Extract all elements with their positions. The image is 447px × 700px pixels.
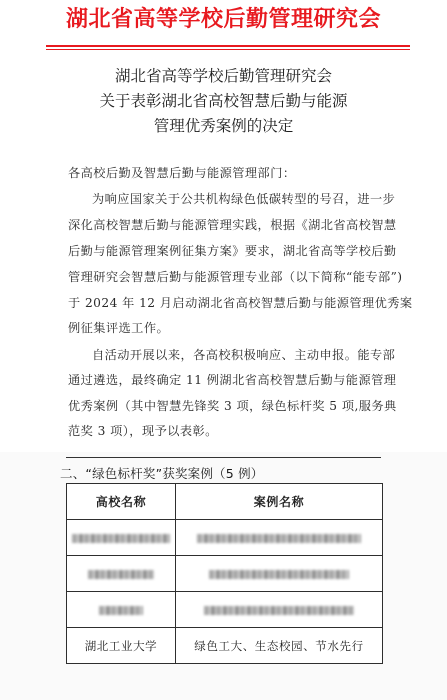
column-header-case: 案例名称: [176, 484, 383, 520]
redacted-text: [209, 570, 349, 579]
masthead-org-name: 湖北省高等学校后勤管理研究会: [0, 4, 447, 34]
redacted-text: [204, 606, 354, 615]
masthead-red-rule-thick: [46, 45, 410, 47]
paragraph1-line-3: 后勤与能源管理案例征集方案》要求，湖北省高等学校后勤: [68, 242, 397, 259]
salutation: 各高校后勤及智慧后勤与能源管理部门：: [68, 164, 295, 181]
table-header-row: 高校名称 案例名称: [67, 484, 383, 520]
school-cell: 湖北工业大学: [67, 628, 176, 664]
paragraph1-line-4: 管理研究会智慧后勤与能源管理专业部（以下简称“能专部”): [68, 268, 403, 285]
document-page-upper: 湖北省高等学校后勤管理研究会 湖北省高等学校后勤管理研究会 关于表彰湖北省高校智…: [0, 0, 447, 452]
document-title: 湖北省高等学校后勤管理研究会 关于表彰湖北省高校智慧后勤与能源 管理优秀案例的决…: [0, 64, 447, 139]
section-divider: [66, 457, 381, 458]
paragraph2-line-1: 自活动开展以来，各高校积极响应、主动申报。能专部: [92, 346, 395, 363]
redacted-text: [197, 534, 361, 543]
paragraph1-line-2: 深化高校智慧后勤与能源管理实践，根据《湖北省高校智慧: [68, 216, 397, 233]
table-row: [67, 556, 383, 592]
award-table: 高校名称 案例名称 湖北工业大学 绿色工大、生态校园、节水先行: [66, 483, 383, 664]
school-cell-redacted: [67, 520, 176, 556]
case-cell-redacted: [176, 592, 383, 628]
table-row: [67, 592, 383, 628]
paragraph2-line-2: 通过遴选，最终确定 11 例湖北省高校智慧后勤与能源管理: [68, 371, 396, 388]
column-header-school: 高校名称: [67, 484, 176, 520]
document-title-line-3: 管理优秀案例的决定: [0, 114, 447, 139]
paragraph1-line-5: 于 2024 年 12 月启动湖北省高校智慧后勤与能源管理优秀案: [68, 294, 413, 311]
paragraph1-line-6: 例征集评选工作。: [68, 319, 169, 336]
case-cell-redacted: [176, 556, 383, 592]
masthead-red-rule-thin: [46, 49, 410, 50]
case-cell: 绿色工大、生态校园、节水先行: [176, 628, 383, 664]
document-page-lower: 二、“绿色标杆奖”获奖案例（5 例） 高校名称 案例名称 湖北工业大学 绿色工大…: [0, 452, 447, 700]
paragraph2-line-4: 范奖 3 项），现予以表彰。: [68, 422, 218, 439]
table-row: [67, 520, 383, 556]
document-title-line-1: 湖北省高等学校后勤管理研究会: [0, 64, 447, 89]
award-section-heading: 二、“绿色标杆奖”获奖案例（5 例）: [60, 464, 263, 482]
redacted-text: [72, 534, 170, 543]
redacted-text: [88, 570, 154, 579]
table-row: 湖北工业大学 绿色工大、生态校园、节水先行: [67, 628, 383, 664]
school-cell-redacted: [67, 592, 176, 628]
paragraph2-line-3: 优秀案例（其中智慧先锋奖 3 项，绿色标杆奖 5 项,服务典: [68, 397, 397, 414]
school-cell-redacted: [67, 556, 176, 592]
case-cell-redacted: [176, 520, 383, 556]
document-title-line-2: 关于表彰湖北省高校智慧后勤与能源: [0, 89, 447, 114]
paragraph1-line-1: 为响应国家关于公共机构绿色低碳转型的号召，进一步: [92, 190, 395, 207]
redacted-text: [99, 606, 143, 615]
